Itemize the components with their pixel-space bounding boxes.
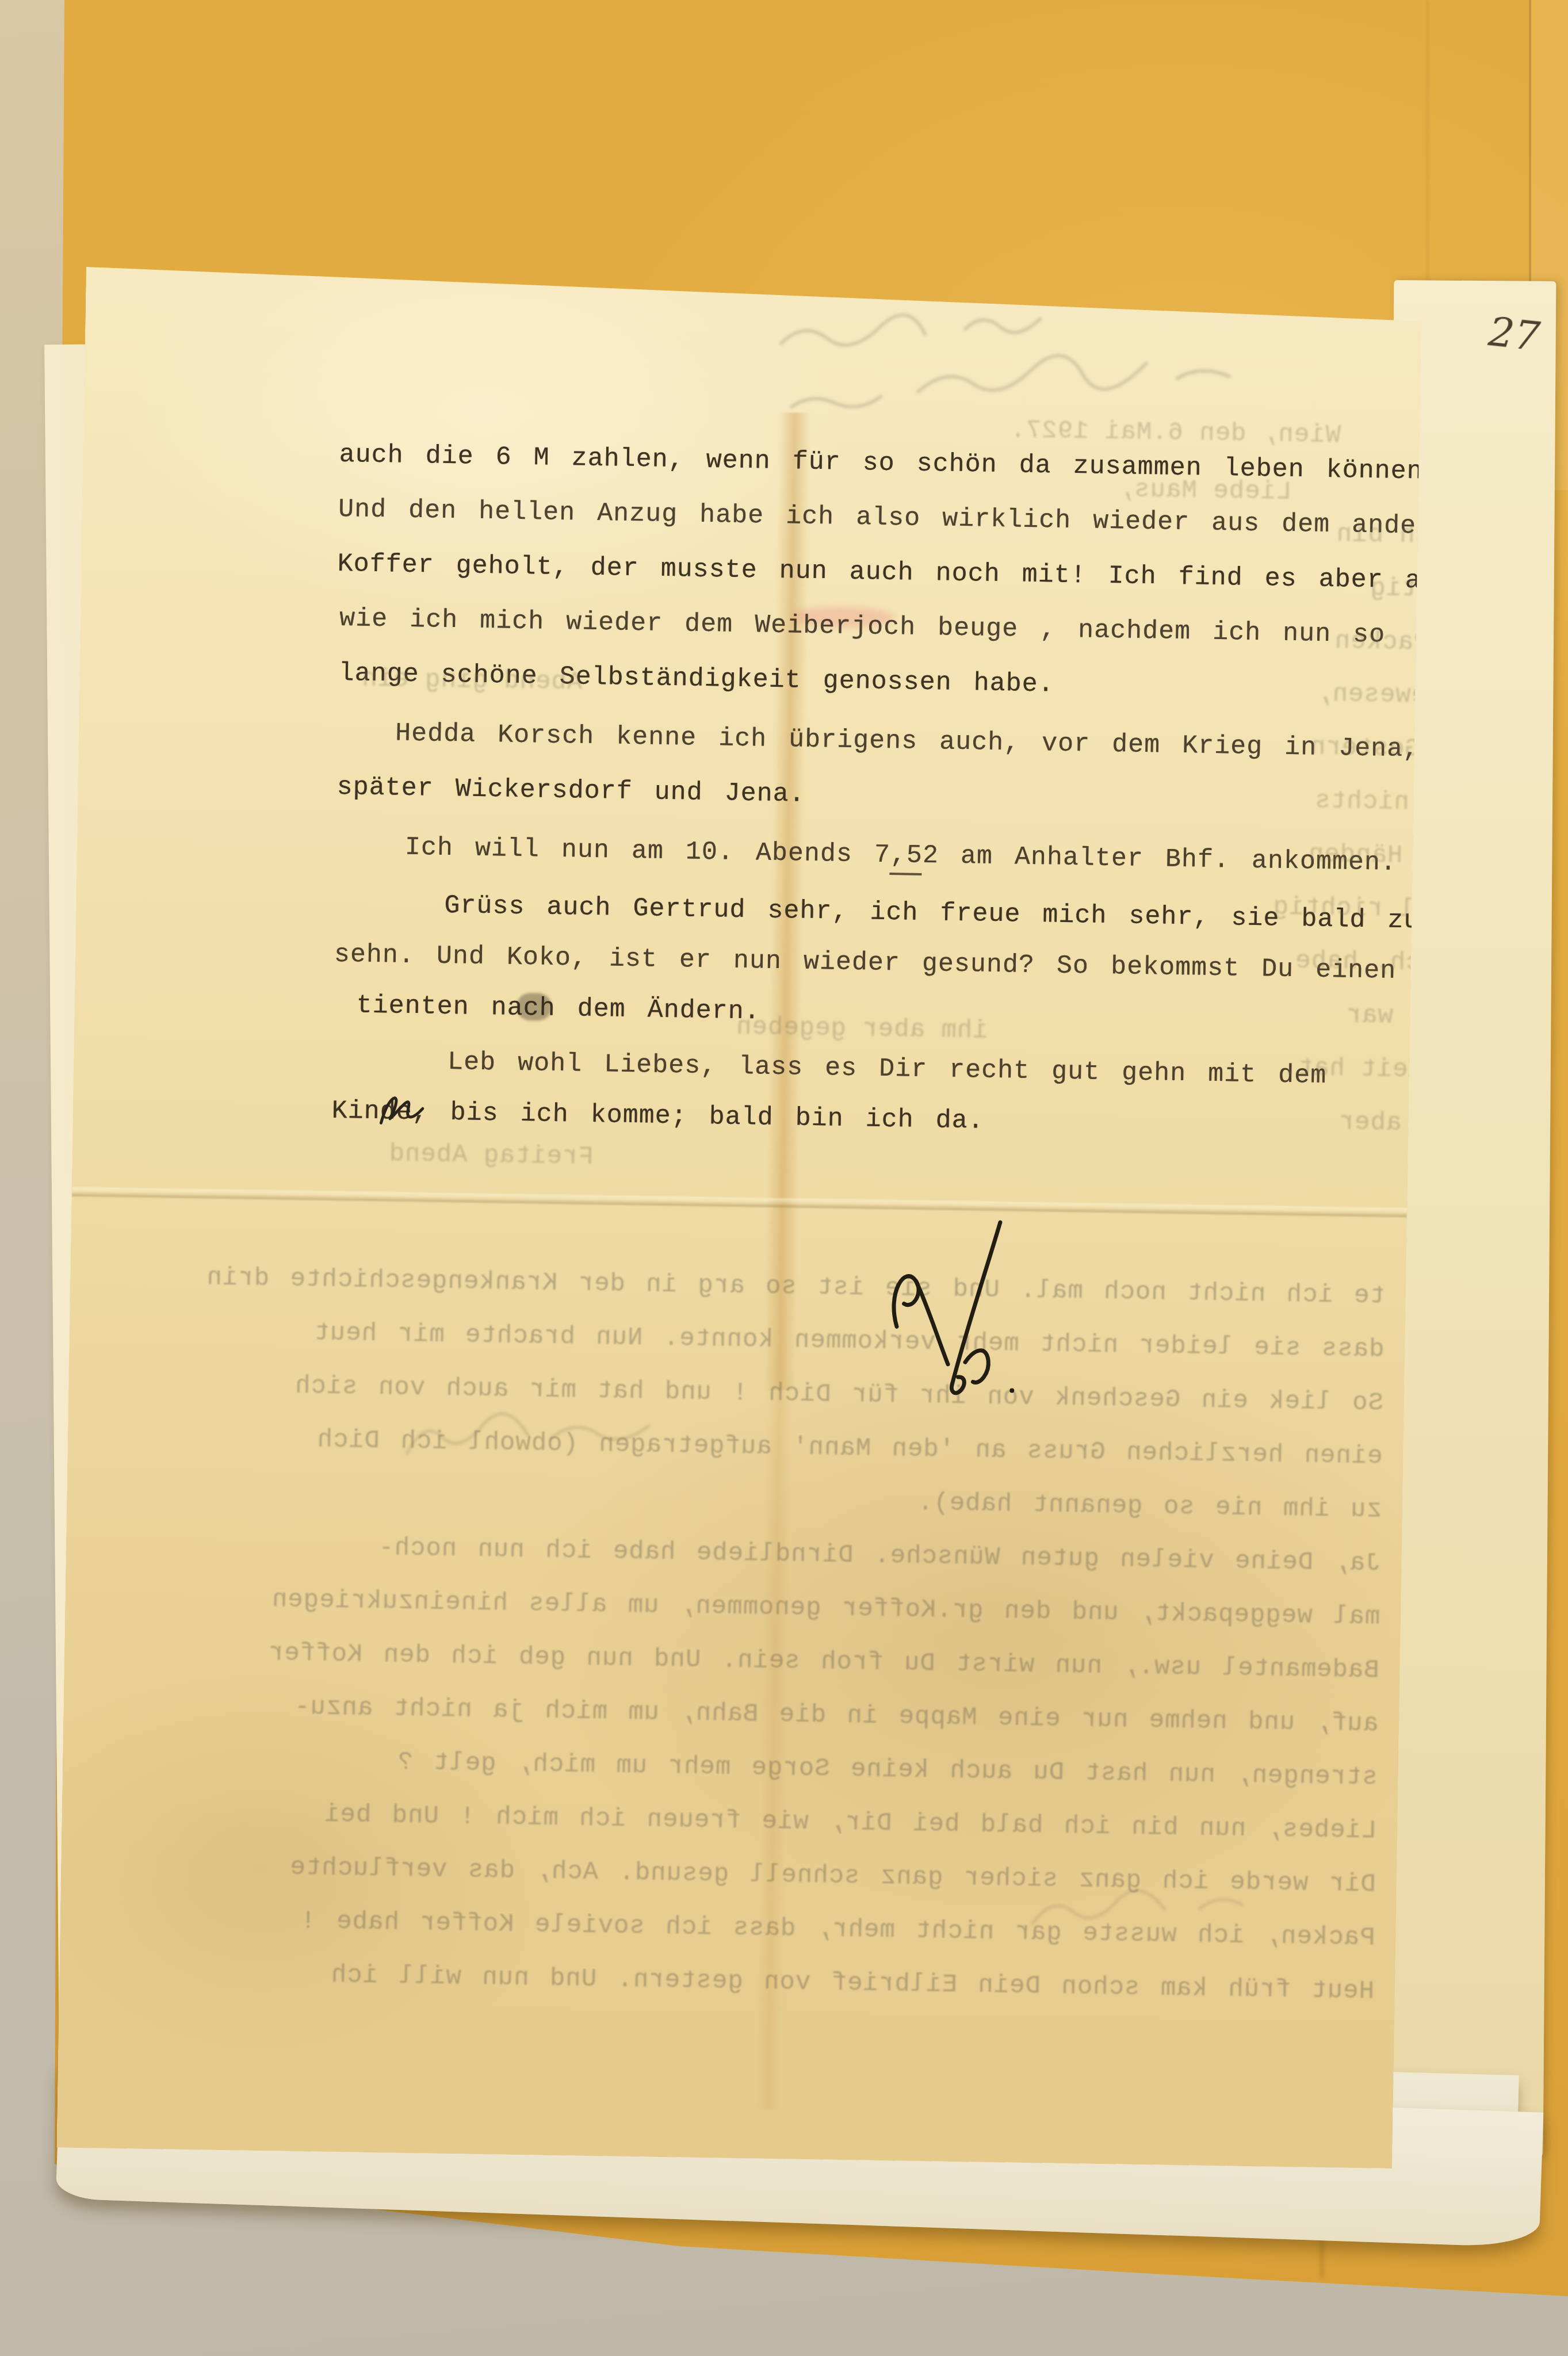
bleed-through-line: te ich nicht noch mal. Und sie ist so ar… [97,1262,1386,1311]
letter-page: auch die 6 M zahlen, wenn für so schön d… [56,258,1421,2168]
bleed-through-line: So liek ein Geschenk von ihr für Dich ! … [95,1368,1416,1418]
bleed-through-fragment: Freitag Abend [388,1139,594,1172]
handwritten-correction-ink [376,1089,429,1130]
bleed-through-fragment: Wien, den 6.Mai 1927. [1009,416,1341,450]
bleed-through-fragment: Abend ging ein [361,665,582,697]
typed-line: Ich will nun am 10. Abends 7,52 am Anhal… [405,833,1397,878]
typed-line: tienten nach dem Ändern. [356,991,760,1027]
bleed-through-line: auf, und nehme nur eine Mappe in die Bah… [90,1689,1379,1738]
page-number: 27 [1486,308,1542,361]
typed-line: Leb wohl Liebes, lass es Dir recht gut g… [448,1047,1327,1091]
typed-line: später Wickersdorf und Jena. [336,772,805,809]
bleed-through-line: zu ihm nie so genannt habe). [93,1475,1402,1525]
overtyped-correction [517,993,551,1021]
bleed-through-line: Ja, Deine vielen guten Wünsche. Dirndlie… [92,1529,1432,1579]
typed-line: Koffer geholt, der musste nun auch noch … [337,549,1470,596]
bleed-through-fragment: ihm aber gegeben [736,1013,988,1046]
photographed-letter: immer aufgehängt. Da wir zu — viele Grüß… [0,0,1568,2356]
bleed-through-line: dass sie leider nicht mehr verkommen kon… [95,1315,1385,1364]
bleed-through-line: Bademantel usw., nun wirst Du froh sein.… [91,1636,1380,1685]
typed-line: Kinde, bis ich komme; bald bin ich da. [331,1096,984,1136]
underline-mark [889,873,921,875]
bleed-through-line: Liebes, nun bin ich bald bei Dir, wie fr… [88,1796,1428,1846]
bleed-through-fragment: Liebe Maus, [1118,475,1291,507]
bleed-through-line: mal weggepackt, und den gr.Koffer genomm… [91,1582,1380,1631]
typed-line: Hedda Korsch kenne ich übrigens auch, vo… [395,719,1420,764]
bleed-through-line: Heut früh kam schon Dein Eilbrief von ge… [86,1957,1426,2007]
bleed-through-line: einen herzlichen Gruss an 'den Mann' auf… [94,1422,1403,1471]
bleed-through-line: strengen, nun hast Du auch keine Sorge m… [89,1743,1410,1792]
horizontal-fold-crease [71,1187,1407,1217]
signature-ink [878,1211,1060,1416]
